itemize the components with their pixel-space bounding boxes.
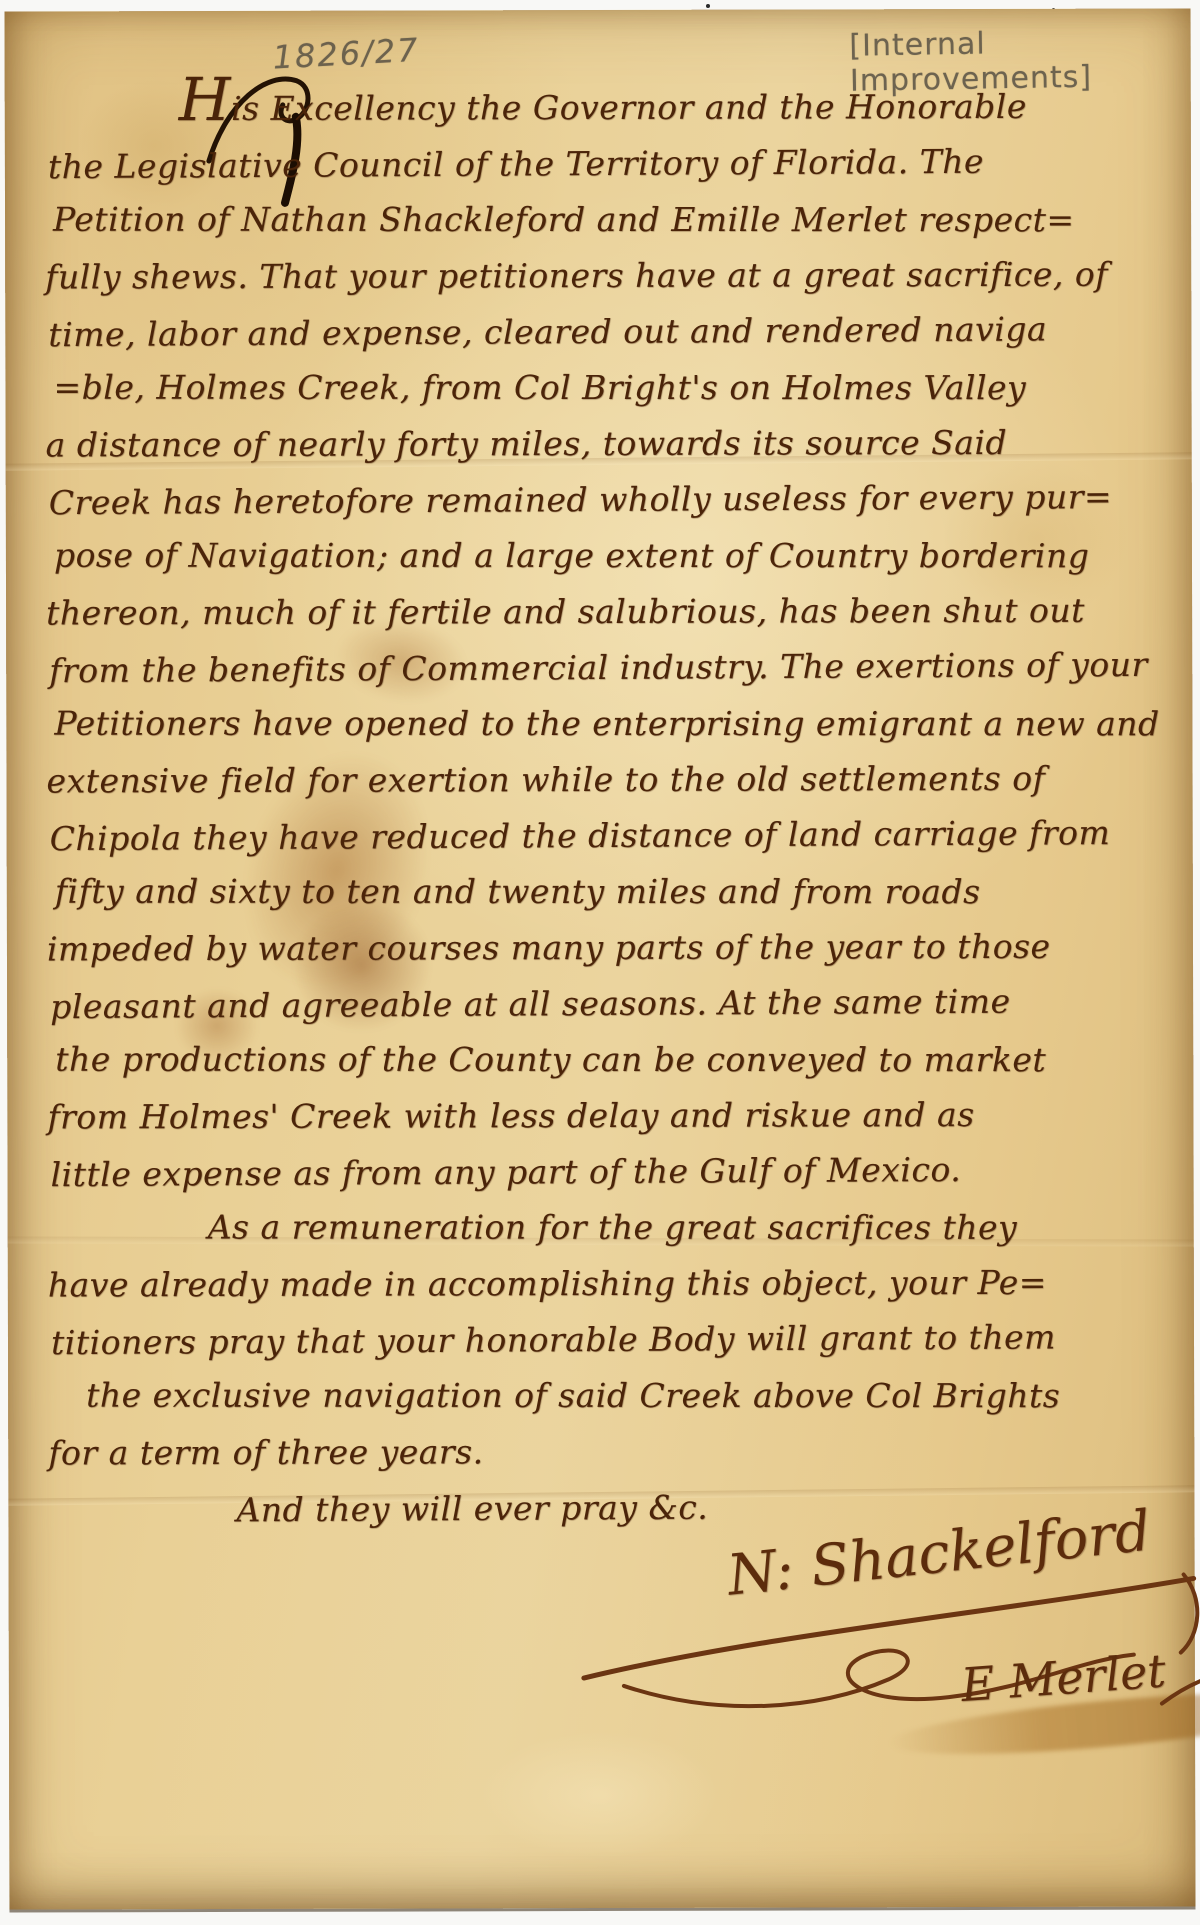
signature-flourish: [569, 1556, 1200, 1728]
handwritten-line: have already made in accomplishing this …: [48, 1255, 1164, 1314]
handwritten-line: time, labor and expense, cleared out and…: [48, 301, 1161, 363]
handwritten-line: the productions of the County can be con…: [55, 1032, 1163, 1089]
age-blotch: [439, 1710, 759, 1881]
aged-paper-sheet: 1826/27 [Internal Improvements] His Exce…: [5, 8, 1196, 1909]
handwritten-line: As a remuneration for the great sacrific…: [208, 1200, 1164, 1257]
handwritten-line: a distance of nearly forty miles, toward…: [46, 415, 1162, 474]
handwritten-line: pleasant and agreeable at all seasons. A…: [50, 973, 1163, 1035]
handwritten-line: the exclusive navigation of said Creek a…: [86, 1368, 1164, 1425]
scan-speck: [706, 4, 710, 8]
handwritten-line: fifty and sixty to ten and twenty miles …: [55, 864, 1163, 921]
handwritten-line: =ble, Holmes Creek, from Col Bright's on…: [53, 360, 1161, 417]
handwritten-line: little expense as from any part of the G…: [50, 1141, 1163, 1203]
handwritten-line: Chipola they have reduced the distance o…: [50, 805, 1163, 867]
handwritten-line: the Legislative Council of the Territory…: [48, 133, 1161, 195]
handwritten-line: pose of Navigation; and a large extent o…: [54, 528, 1162, 585]
handwritten-line: extensive field for exertion while to th…: [46, 751, 1162, 810]
handwritten-line: Petitioners have opened to the enterpris…: [54, 696, 1162, 753]
handwritten-line: from Holmes' Creek with less delay and r…: [47, 1087, 1163, 1146]
petition-body: His Excellency the Governor and the Hono…: [45, 79, 1165, 1538]
handwritten-line: Creek has heretofore remained wholly use…: [49, 469, 1162, 531]
signature-tail-flourish: [1157, 1648, 1200, 1738]
handwritten-line: His Excellency the Governor and the Hono…: [179, 79, 1161, 138]
handwritten-line: titioners pray that your honorable Body …: [51, 1309, 1164, 1371]
handwritten-line: thereon, much of it fertile and salubrio…: [46, 583, 1162, 642]
handwritten-line: from the benefits of Commercial industry…: [49, 637, 1162, 699]
document-scan: 1826/27 [Internal Improvements] His Exce…: [0, 0, 1200, 1925]
handwritten-line: impeded by water courses many parts of t…: [47, 919, 1163, 978]
handwritten-line: fully shews. That your petitioners have …: [45, 247, 1161, 306]
handwritten-line: Petition of Nathan Shackleford and Emill…: [53, 192, 1161, 249]
handwritten-line: for a term of three years.: [48, 1423, 1164, 1482]
